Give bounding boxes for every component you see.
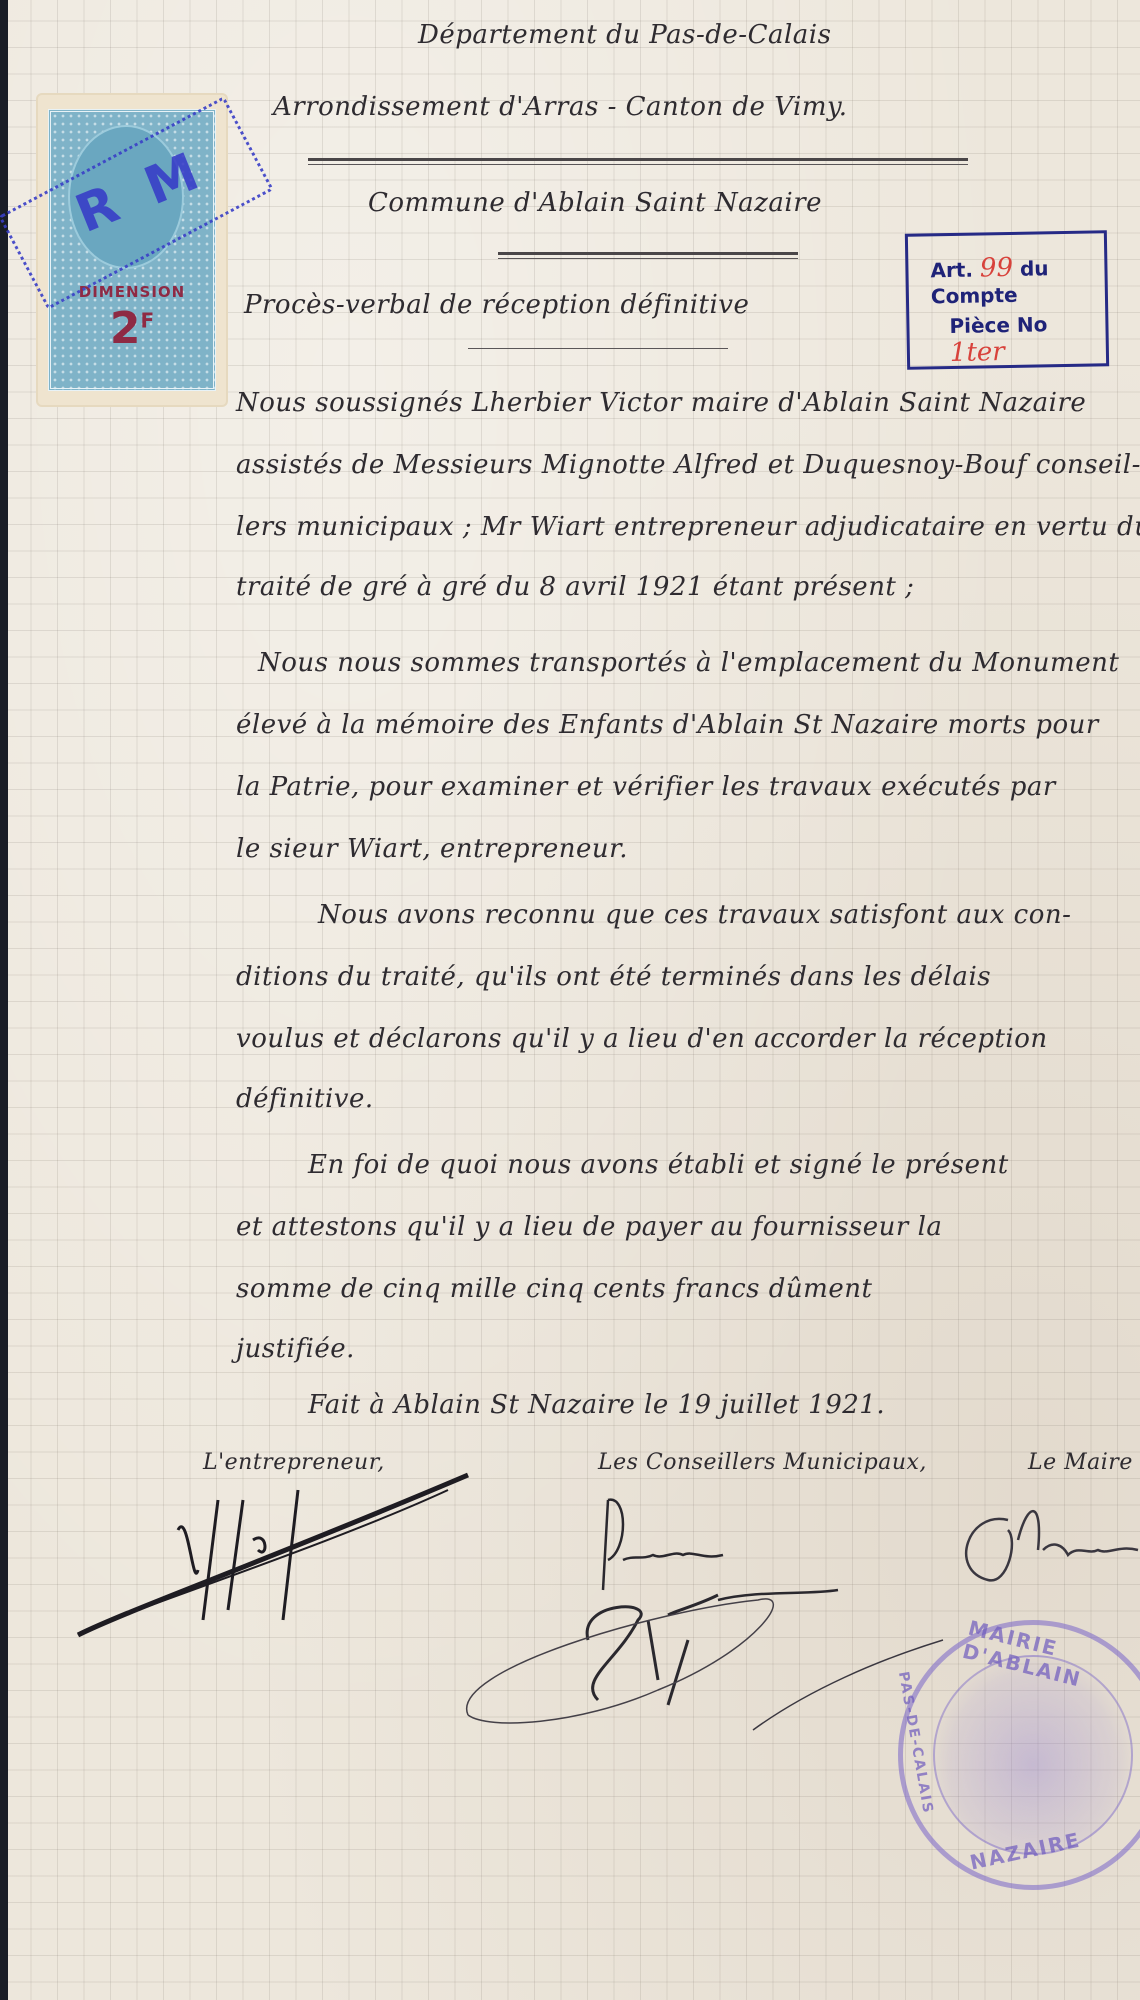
body-line-5: Nous nous sommes transportés à l'emplace… [258, 648, 1119, 678]
art-label: Art. [930, 258, 973, 283]
entrepreneur-signature-icon [68, 1470, 488, 1650]
date-place-line: Fait à Ablain St Nazaire le 19 juillet 1… [308, 1390, 885, 1420]
document-title: Procès-verbal de réception définitive [244, 290, 749, 320]
body-line-2: assistés de Messieurs Mignotte Alfred et… [236, 450, 1140, 480]
body-line-6: élevé à la mémoire des Enfants d'Ablain … [236, 710, 1099, 740]
seal-left-text: PAS-DE-CALAIS [895, 1670, 936, 1815]
title-rule [468, 348, 728, 349]
art-value: 99 [980, 253, 1014, 284]
body-line-8: le sieur Wiart, entrepreneur. [236, 834, 628, 864]
body-line-9: Nous avons reconnu que ces travaux satis… [318, 900, 1071, 930]
tax-stamp-unit: F [140, 308, 154, 332]
account-article-row: Art. 99 du Compte [930, 251, 1105, 308]
mayor-signature-icon [948, 1480, 1140, 1610]
commune-rule [498, 252, 798, 255]
councillors-label: Les Conseillers Municipaux, [598, 1450, 927, 1475]
commune-rule-2 [498, 258, 798, 259]
body-line-13: En foi de quoi nous avons établi et sign… [308, 1150, 1009, 1180]
body-line-14: et attestons qu'il y a lieu de payer au … [236, 1212, 942, 1242]
body-line-10: ditions du traité, qu'ils ont été termin… [236, 962, 991, 992]
body-line-15: somme de cinq mille cinq cents francs dû… [236, 1274, 872, 1304]
piece-label: Pièce No [949, 312, 1047, 338]
tax-stamp-value: 2F [38, 303, 226, 354]
document-page: Département du Pas-de-Calais Arrondissem… [8, 0, 1140, 2000]
piece-value: 1ter [950, 337, 1005, 368]
tax-stamp-amount: 2 [110, 303, 141, 354]
body-line-3: lers municipaux ; Mr Wiart entrepreneur … [236, 512, 1140, 542]
account-stamp: Art. 99 du Compte Pièce No 1ter [905, 230, 1109, 370]
department-heading: Département du Pas-de-Calais [418, 20, 831, 50]
commune-heading: Commune d'Ablain Saint Nazaire [368, 188, 822, 218]
body-line-11: voulus et déclarons qu'il y a lieu d'en … [236, 1024, 1048, 1054]
mayor-label: Le Maire [1028, 1450, 1133, 1475]
body-line-1: Nous soussignés Lherbier Victor maire d'… [236, 388, 1086, 418]
header-rule [308, 158, 968, 161]
body-line-4: traité de gré à gré du 8 avril 1921 étan… [236, 572, 914, 602]
body-line-16: justifiée. [236, 1334, 355, 1364]
header-rule-2 [308, 164, 968, 165]
body-line-12: définitive. [236, 1084, 374, 1114]
body-line-7: la Patrie, pour examiner et vérifier les… [236, 772, 1056, 802]
account-piece-row: Pièce No 1ter [949, 311, 1106, 368]
arrondissement-line: Arrondissement d'Arras - Canton de Vimy. [273, 92, 847, 122]
